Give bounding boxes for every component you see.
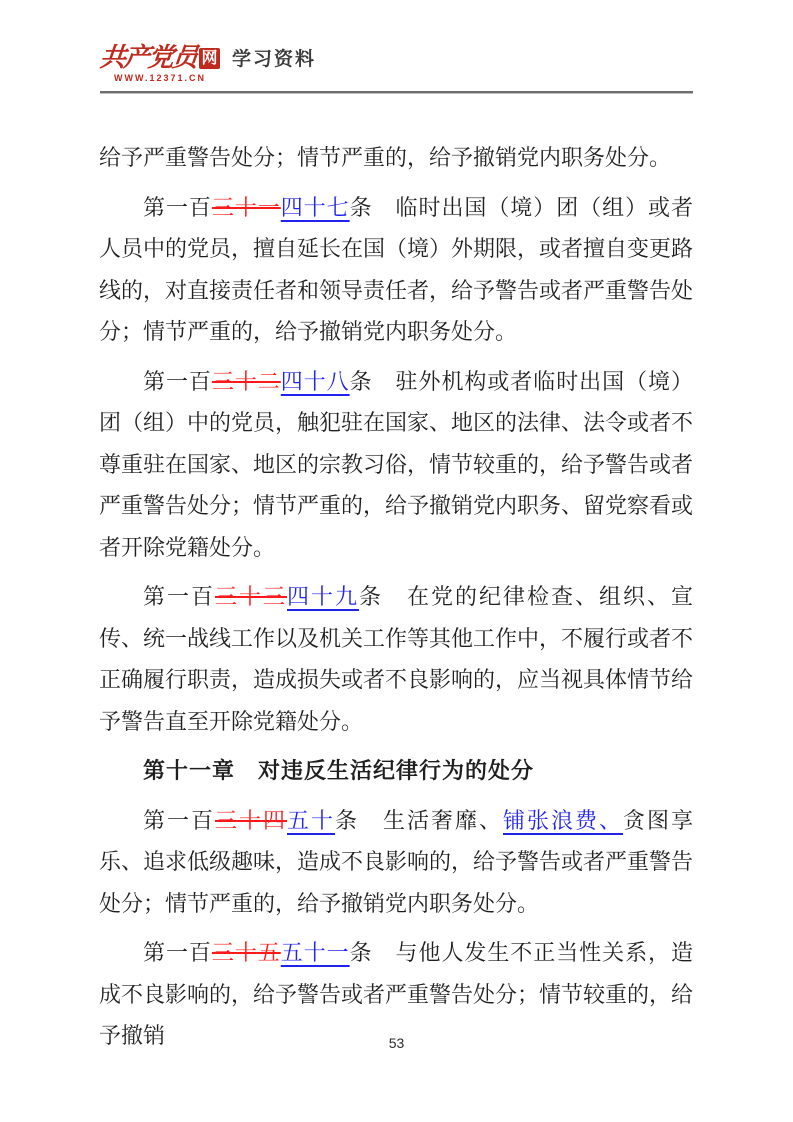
- paragraph: 第一百三十一四十七条 临时出国（境）团（组）或者人员中的党员，擅自延长在国（境）…: [99, 187, 693, 353]
- chapter-heading: 第十一章 对违反生活纪律行为的处分: [99, 750, 693, 792]
- deleted-text-run: 三十一: [212, 195, 281, 220]
- paragraph: 给予严重警告处分；情节严重的，给予撤销党内职务处分。: [99, 137, 693, 179]
- document-page: 共产党员 网 WWW.12371.CN 学习资料 给予严重警告处分；情节严重的，…: [0, 0, 793, 1122]
- logo-url-text: WWW.12371.CN: [100, 73, 220, 83]
- document-body: 给予严重警告处分；情节严重的，给予撤销党内职务处分。第一百三十一四十七条 临时出…: [99, 137, 693, 1057]
- text-run: 第一百: [143, 584, 215, 609]
- text-run: 第一百: [143, 195, 212, 220]
- inserted-text-run: 四十八: [281, 369, 350, 394]
- text-run: 第一百: [143, 808, 215, 833]
- inserted-text-run: 五十: [287, 808, 335, 833]
- deleted-text-run: 三十四: [215, 808, 287, 833]
- logo-net-badge: 网: [199, 48, 220, 69]
- page-footer: 53: [0, 1035, 793, 1053]
- inserted-text-run: 铺张浪费、: [503, 808, 623, 833]
- inserted-text-run: 四十七: [281, 195, 350, 220]
- header-label: 学习资料: [232, 44, 316, 83]
- deleted-text-run: 三十三: [215, 584, 287, 609]
- logo-wordmark: 共产党员 网: [100, 45, 220, 71]
- paragraph: 第一百三十三四十九条 在党的纪律检查、组织、宣传、统一战线工作以及机关工作等其他…: [99, 576, 693, 742]
- header-divider-rule: [100, 91, 693, 94]
- paragraph: 第一百三十二四十八条 驻外机构或者临时出国（境）团（组）中的党员，触犯驻在国家、…: [99, 361, 693, 569]
- page-number: 53: [389, 1035, 405, 1051]
- text-run: 第一百: [143, 369, 212, 394]
- text-run: 条 生活奢靡、: [335, 808, 503, 833]
- deleted-text-run: 三十五: [212, 940, 281, 965]
- text-run: 第一百: [143, 940, 212, 965]
- text-run: 第十一章 对违反生活纪律行为的处分: [143, 758, 534, 783]
- deleted-text-run: 三十二: [212, 369, 281, 394]
- text-run: 条 驻外机构或者临时出国（境）团（组）中的党员，触犯驻在国家、地区的法律、法令或…: [99, 369, 693, 560]
- inserted-text-run: 四十九: [287, 584, 359, 609]
- page-header: 共产党员 网 WWW.12371.CN 学习资料: [100, 44, 693, 83]
- site-logo: 共产党员 网 WWW.12371.CN: [100, 45, 220, 83]
- inserted-text-run: 五十一: [281, 940, 350, 965]
- logo-calligraphy-text: 共产党员: [99, 45, 198, 71]
- text-run: 给予严重警告处分；情节严重的，给予撤销党内职务处分。: [99, 145, 671, 170]
- paragraph: 第一百三十四五十条 生活奢靡、铺张浪费、贪图享乐、追求低级趣味，造成不良影响的，…: [99, 800, 693, 925]
